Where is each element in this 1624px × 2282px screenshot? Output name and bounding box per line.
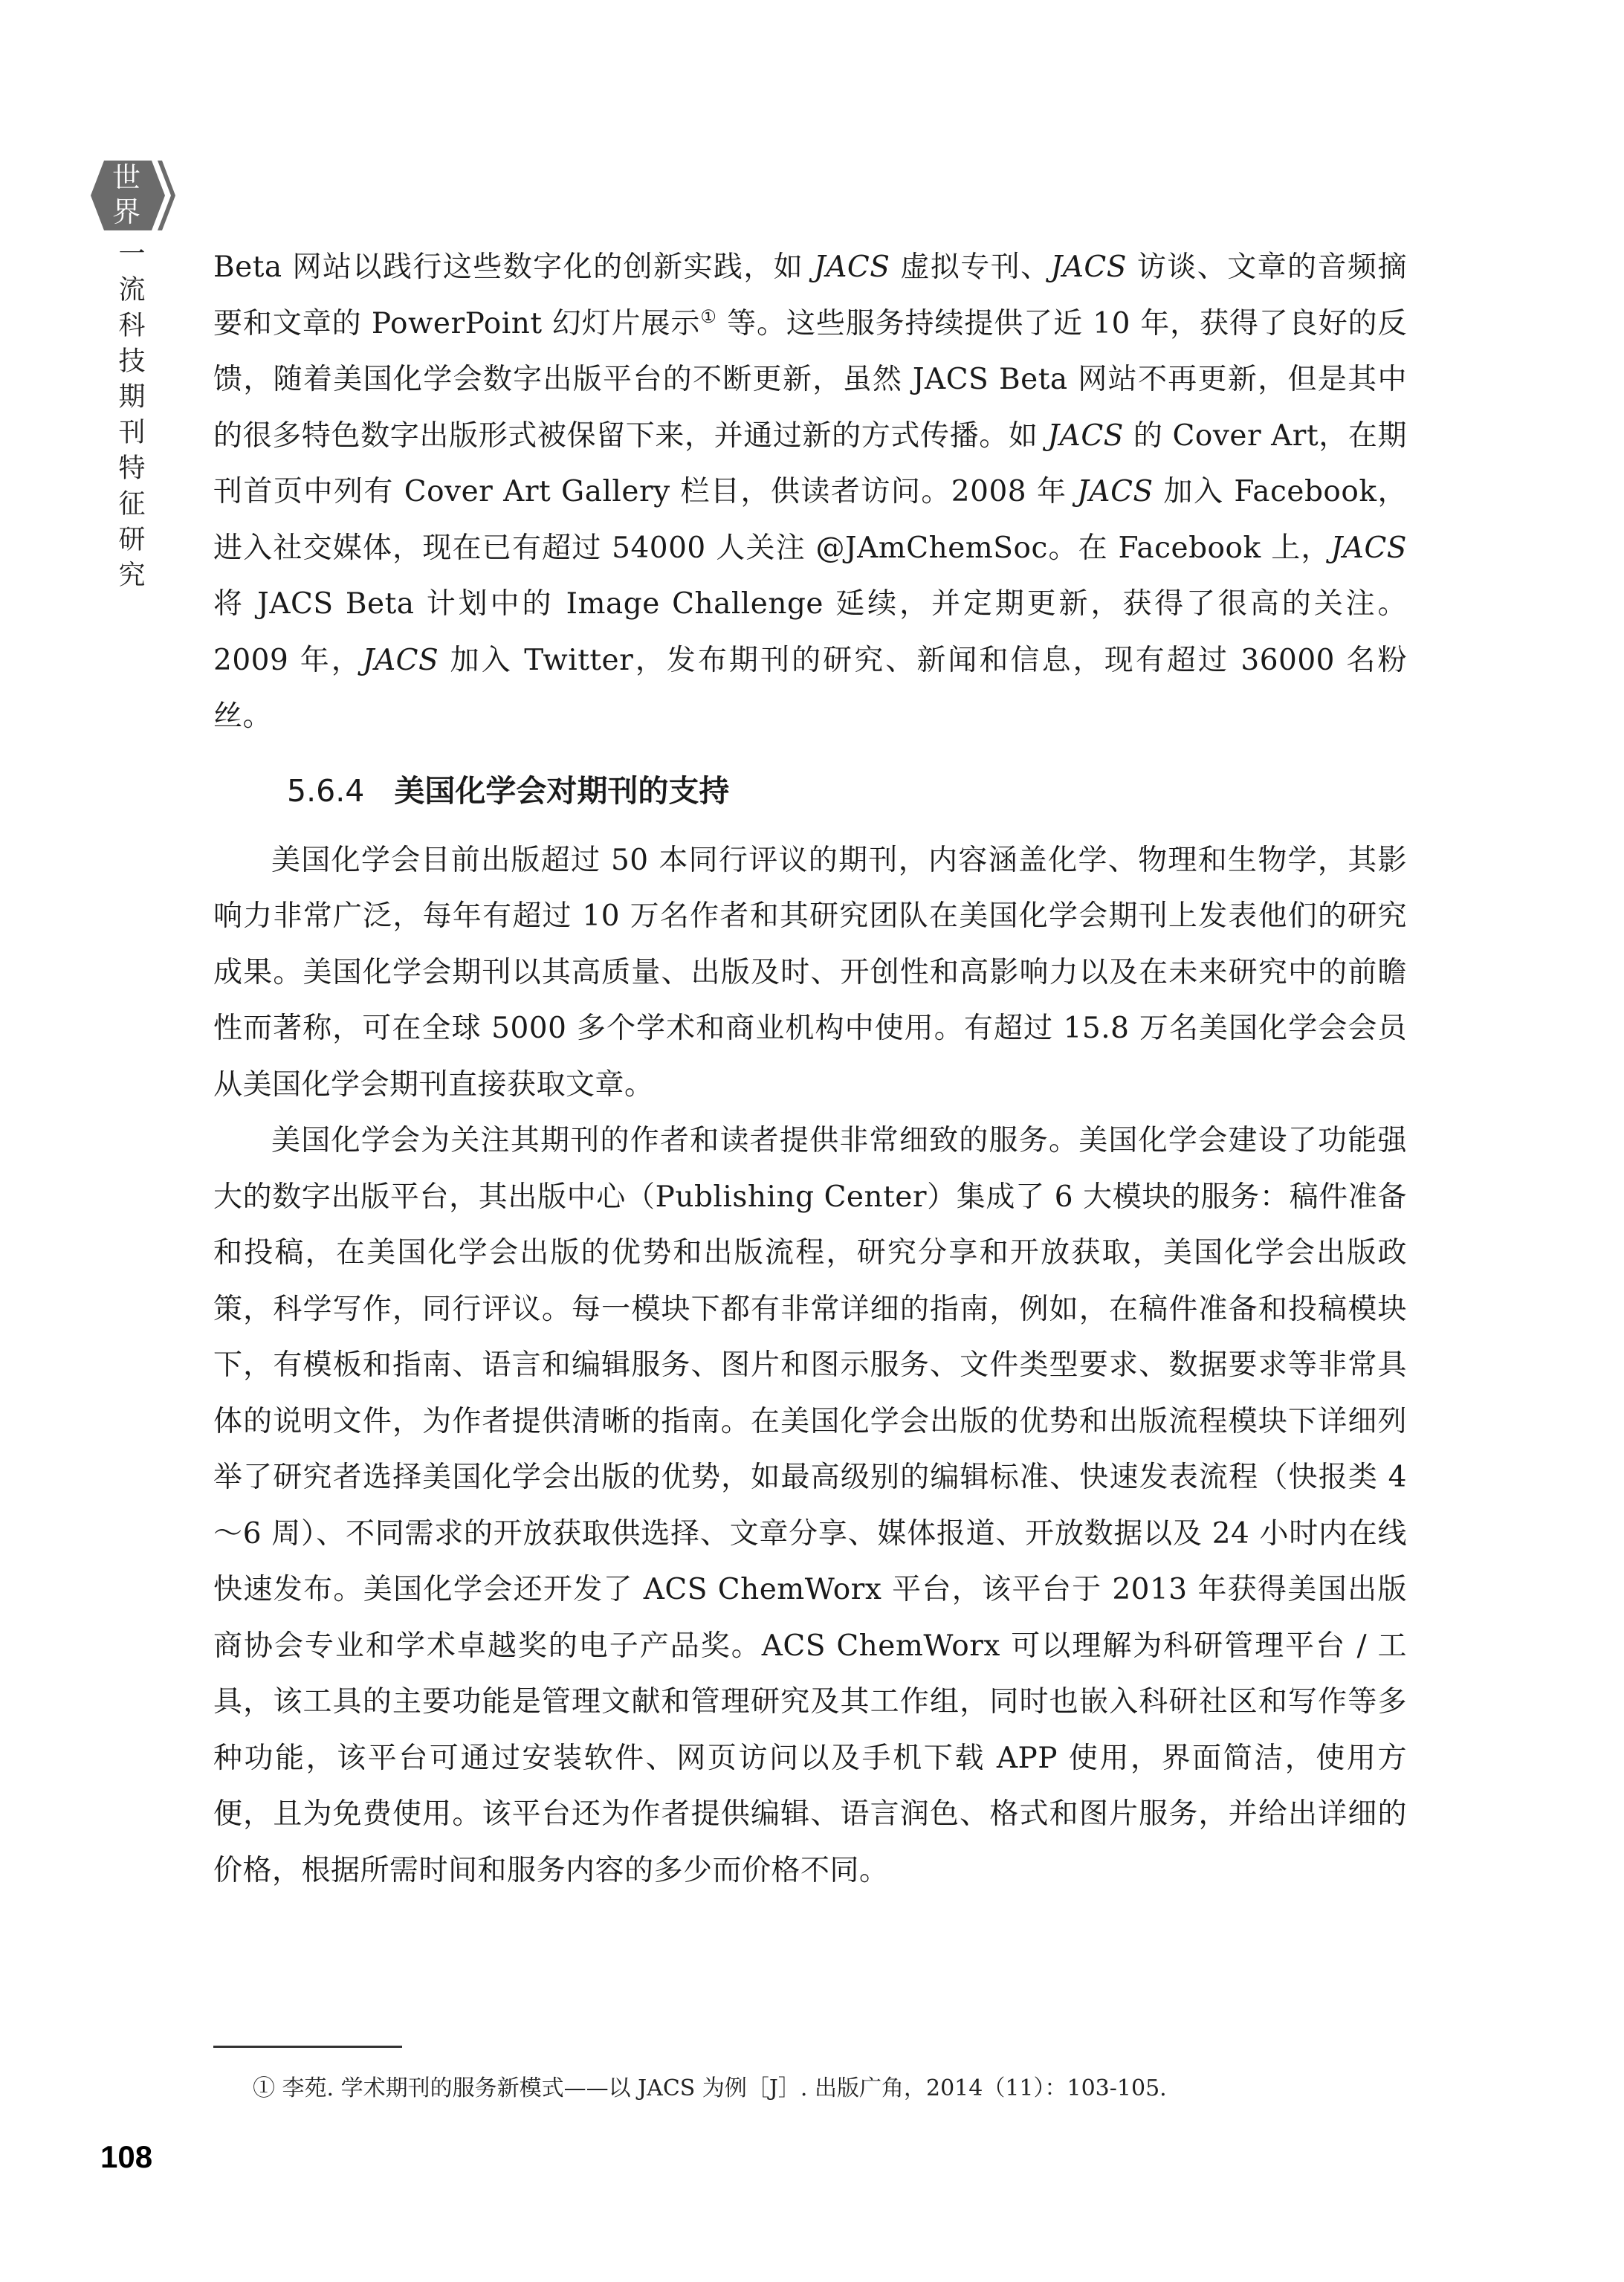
page-number: 108 — [100, 2139, 152, 2175]
book-title-vertical: 一流科技期刊特征研究 — [110, 239, 147, 596]
page-body: Beta 网站以践行这些数字化的创新实践，如 JACS 虚拟专刊、JACS 访谈… — [213, 239, 1407, 1898]
paragraph-acs-services: 美国化学会为关注其期刊的作者和读者提供非常细致的服务。美国化学会建设了功能强大的… — [213, 1113, 1407, 1898]
section-heading: 5.6.4美国化学会对期刊的支持 — [287, 769, 1407, 813]
section-number: 5.6.4 — [287, 773, 364, 809]
section-title: 美国化学会对期刊的支持 — [394, 773, 729, 809]
paragraph-acs-journals: 美国化学会目前出版超过 50 本同行评议的期刊，内容涵盖化学、物理和生物学，其影… — [213, 833, 1407, 1113]
paragraph-jacs-beta: Beta 网站以践行这些数字化的创新实践，如 JACS 虚拟专刊、JACS 访谈… — [213, 239, 1407, 745]
footnote: ① 李苑. 学术期刊的服务新模式——以 JACS 为例［J］. 出版广角，201… — [253, 2074, 1412, 2104]
footnote-ref[interactable]: ① — [700, 306, 716, 327]
footnote-divider — [213, 2046, 402, 2048]
chapter-badge: 世 界 — [88, 159, 177, 232]
badge-text: 世 界 — [110, 161, 143, 229]
